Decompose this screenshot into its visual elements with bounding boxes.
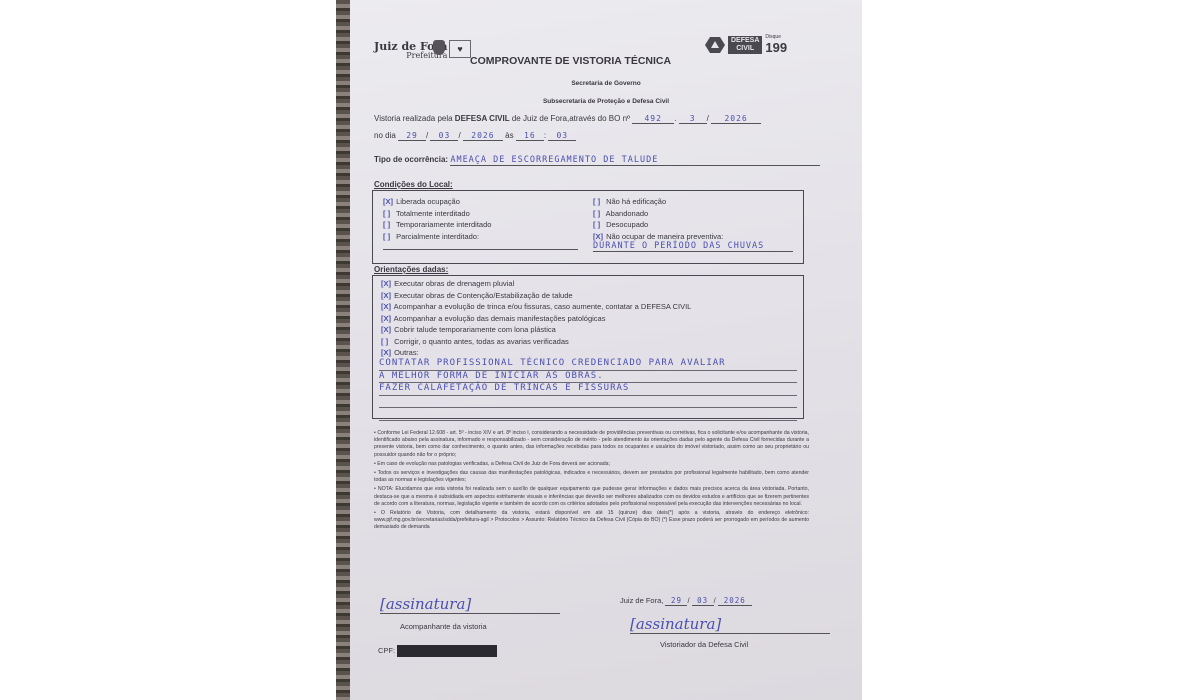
empty-box-icon[interactable]: [ ] (383, 231, 394, 243)
checkbox-item[interactable]: [ ] Parcialmente interditado: (383, 231, 491, 243)
checkbox-item[interactable]: [ ] Não há edificação (593, 196, 723, 208)
checkbox-label: Totalmente interditado (396, 209, 470, 218)
legal-note: • NOTA: Elucidamos que esta vistoria foi… (374, 486, 809, 508)
bo-year-field[interactable]: 2026 (711, 114, 761, 124)
inspector-signature: [assinatura] (630, 615, 830, 634)
preventive-note-field[interactable]: DURANTE O PERÍODO DAS CHUVAS (593, 241, 793, 252)
coat-of-arms-icon (433, 40, 445, 55)
checkbox-label: Executar obras de drenagem pluvial (394, 279, 514, 288)
conditions-left-column: [X] Liberada ocupação[ ] Totalmente inte… (383, 196, 491, 242)
occurrence-field[interactable]: AMEAÇA DE ESCORREGAMENTO DE TALUDE (450, 155, 820, 166)
checkbox-item[interactable]: [ ] Abandonado (593, 208, 723, 220)
checkbox-item[interactable]: [ ] Corrigir, o quanto antes, todas as a… (381, 336, 691, 348)
subsecretariat: Subsecretaria de Proteção e Defesa Civil (350, 98, 862, 105)
visit-datetime: no dia 29/ 03/ 2026 às 16: 03 (374, 131, 576, 141)
conditions-label: Condições do Local: (374, 180, 453, 189)
partial-note-field[interactable] (383, 249, 578, 250)
checked-box-icon[interactable]: [X] (381, 301, 392, 313)
secretariat: Secretaria de Governo (350, 80, 862, 87)
checkbox-label: Abandonado (606, 209, 649, 218)
empty-box-icon[interactable]: [ ] (593, 208, 604, 220)
day-field[interactable]: 29 (398, 131, 426, 141)
checkbox-label: Acompanhar a evolução das demais manifes… (394, 314, 606, 323)
legal-note: • Em caso de evolução nas patologias ver… (374, 461, 809, 468)
checked-box-icon[interactable]: [X] (381, 313, 392, 325)
checkbox-item[interactable]: [X] Cobrir talude temporariamente com lo… (381, 324, 691, 336)
checkbox-label: Acompanhar a evolução de trinca e/ou fis… (394, 302, 692, 311)
other-guidance-line[interactable]: FAZER CALAFETAÇÃO DE TRINCAS E FISSURAS (379, 383, 797, 396)
hour-field[interactable]: 16 (516, 131, 544, 141)
bo-seq-field[interactable]: 3 (679, 114, 707, 124)
empty-box-icon[interactable]: [ ] (383, 208, 394, 220)
checkbox-label: Executar obras de Contenção/Estabilizaçã… (394, 291, 572, 300)
legal-notes: • Conforme Lei Federal 12.608 - art. 5º … (374, 430, 809, 534)
checkbox-label: Cobrir talude temporariamente com lona p… (394, 325, 556, 334)
checked-box-icon[interactable]: [X] (383, 196, 394, 208)
checkbox-item[interactable]: [X] Acompanhar a evolução das demais man… (381, 313, 691, 325)
checkbox-item[interactable]: [X] Liberada ocupação (383, 196, 491, 208)
minute-field[interactable]: 03 (548, 131, 576, 141)
checkbox-label: Desocupado (606, 220, 648, 229)
empty-box-icon[interactable]: [ ] (593, 196, 604, 208)
checkbox-label: Corrigir, o quanto antes, todas as avari… (394, 337, 569, 346)
year-field[interactable]: 2026 (463, 131, 503, 141)
checkbox-label: Temporariamente interditado (396, 220, 491, 229)
occurrence-row: Tipo de ocorrência: AMEAÇA DE ESCORREGAM… (374, 155, 820, 166)
checkbox-label: Outras: (394, 348, 419, 357)
defesa-civil-logo: DEFESA CIVIL Disque 199 (705, 35, 787, 55)
defesa-civil-badge: DEFESA CIVIL (728, 36, 762, 54)
checkbox-item[interactable]: [X] Outras: (381, 347, 691, 359)
sign-year-field[interactable]: 2026 (718, 596, 752, 606)
checked-box-icon[interactable]: [X] (381, 290, 392, 302)
checked-box-icon[interactable]: [X] (381, 347, 392, 359)
inspector-label: Vistoriador da Defesa Civil (660, 640, 748, 649)
checkbox-item[interactable]: [ ] Totalmente interditado (383, 208, 491, 220)
other-guidance-line[interactable]: CONTATAR PROFISSIONAL TÉCNICO CREDENCIAD… (379, 358, 797, 371)
bo-number-field[interactable]: 492 (632, 114, 674, 124)
empty-box-icon[interactable]: [ ] (381, 336, 392, 348)
checkbox-label: Não ocupar de maneira preventiva: (606, 232, 723, 241)
sign-month-field[interactable]: 03 (692, 596, 714, 606)
checkbox-item[interactable]: [X] Executar obras de Contenção/Estabili… (381, 290, 691, 302)
city-heart-icon: ♥ (449, 40, 471, 58)
legal-note: • O Relatório de Vistoria, com detalhame… (374, 510, 809, 532)
checkbox-label: Parcialmente interditado: (396, 232, 479, 241)
checkbox-item[interactable]: [X] Executar obras de drenagem pluvial (381, 278, 691, 290)
empty-box-icon[interactable]: [ ] (383, 219, 394, 231)
checked-box-icon[interactable]: [X] (381, 324, 392, 336)
companion-signature: [assinatura] (380, 595, 560, 614)
visit-intro: Vistoria realizada pela DEFESA CIVIL de … (374, 114, 761, 124)
month-field[interactable]: 03 (430, 131, 458, 141)
cpf-row: CPF: (378, 645, 497, 657)
empty-box-icon[interactable]: [ ] (593, 219, 604, 231)
legal-note: • Conforme Lei Federal 12.608 - art. 5º … (374, 430, 809, 459)
conditions-box: [X] Liberada ocupação[ ] Totalmente inte… (372, 190, 804, 264)
checkbox-item[interactable]: [X] Acompanhar a evolução de trinca e/ou… (381, 301, 691, 313)
checkbox-item[interactable]: [ ] Desocupado (593, 219, 723, 231)
guidance-list: [X] Executar obras de drenagem pluvial[X… (381, 278, 691, 359)
checkbox-item[interactable]: [ ] Temporariamente interditado (383, 219, 491, 231)
inspection-form: Juiz de Fora Prefeitura ♥ COMPROVANTE DE… (350, 0, 862, 700)
other-guidance-lines: CONTATAR PROFISSIONAL TÉCNICO CREDENCIAD… (379, 358, 797, 421)
sign-place-date: Juiz de Fora, 29/ 03/ 2026 (620, 596, 752, 606)
other-guidance-line[interactable]: A MELHOR FORMA DE INICIAR AS OBRAS. (379, 371, 797, 384)
companion-label: Acompanhante da vistoria (400, 622, 487, 631)
conditions-right-column: [ ] Não há edificação[ ] Abandonado[ ] D… (593, 196, 723, 242)
other-guidance-line[interactable] (379, 396, 797, 409)
emergency-phone: Disque 199 (765, 35, 787, 55)
checked-box-icon[interactable]: [X] (381, 278, 392, 290)
occurrence-label: Tipo de ocorrência: (374, 155, 448, 164)
cpf-redacted (397, 645, 497, 657)
other-guidance-line[interactable] (379, 408, 797, 421)
triangle-hex-icon (705, 37, 725, 53)
checkbox-label: Liberada ocupação (396, 197, 460, 206)
guidance-label: Orientações dadas: (374, 265, 448, 274)
checkbox-label: Não há edificação (606, 197, 666, 206)
sign-day-field[interactable]: 29 (665, 596, 687, 606)
legal-note: • Todos os serviços e investigações das … (374, 470, 809, 484)
guidance-box: [X] Executar obras de drenagem pluvial[X… (372, 275, 804, 419)
page-title: COMPROVANTE DE VISTORIA TÉCNICA (470, 55, 671, 67)
